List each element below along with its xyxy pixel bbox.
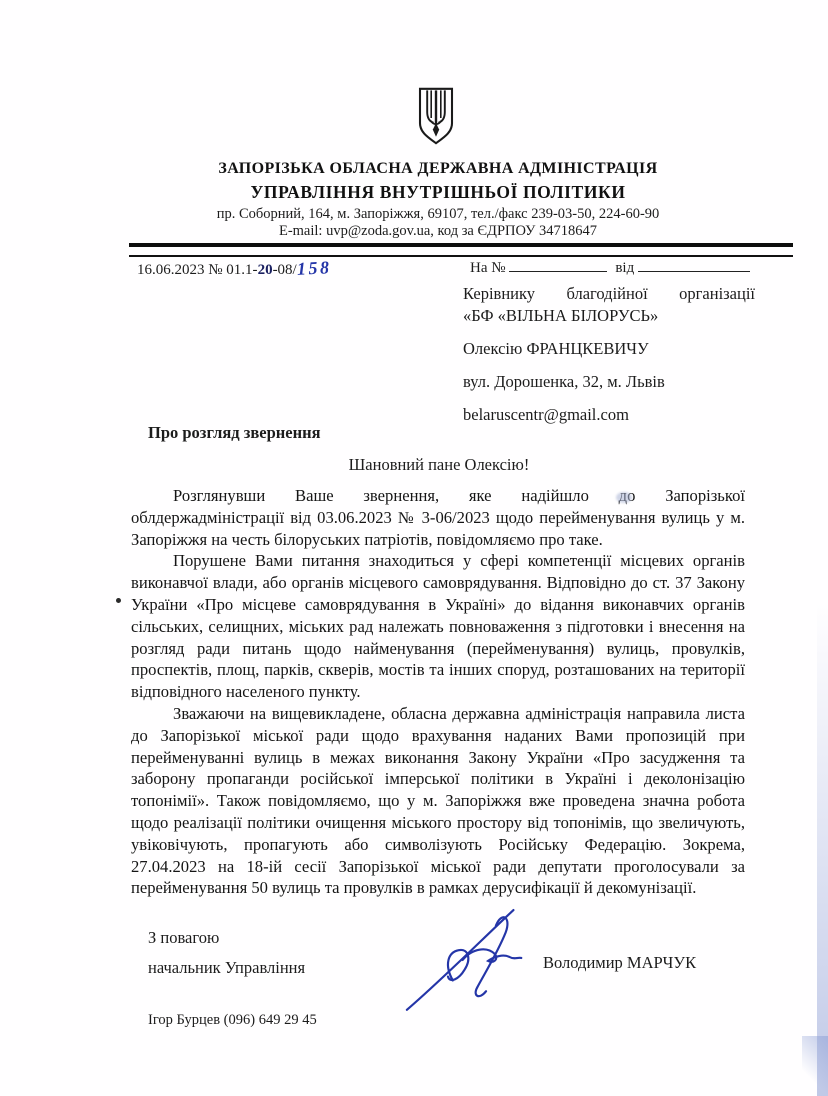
reference-printed-tail: -08/ [273, 262, 297, 278]
handwritten-signature [402, 898, 534, 1021]
recipient-name: Олексію ФРАНЦКЕВИЧУ [463, 338, 755, 360]
org-email-line: E-mail: uvp@zoda.gov.ua, код за ЄДРПОУ 3… [107, 223, 769, 240]
reference-printed-part: 16.06.2023 № 01.1- [137, 262, 258, 278]
scan-edge-corner [802, 1036, 828, 1096]
org-address-line: пр. Соборний, 164, м. Запоріжжя, 69107, … [107, 206, 769, 223]
subject-line: Про розгляд звернення [148, 423, 321, 443]
scan-smudge [616, 492, 632, 503]
handwritten-number: 158 [296, 257, 332, 280]
recipient-role-line: Керівнику благодійної організації [463, 283, 755, 305]
letter-body: Розглянувши Ваше звернення, яке надійшло… [131, 485, 745, 899]
body-paragraph-3: Зважаючи на вищевикладене, обласна держа… [131, 703, 745, 899]
scan-dot-artifact [116, 598, 121, 603]
scanned-letter-page: ЗАПОРІЗЬКА ОБЛАСНА ДЕРЖАВНА АДМІНІСТРАЦІ… [0, 0, 828, 1096]
body-paragraph-2: Порушене Вами питання знаходиться у сфер… [131, 550, 745, 703]
salutation: Шановний пане Олексію! [131, 455, 747, 475]
reply-vid-label: від [615, 260, 634, 276]
closing-phrase: З повагою [148, 928, 219, 948]
recipient-org-line: «БФ «ВІЛЬНА БІЛОРУСЬ» [463, 305, 755, 327]
outgoing-reference: 16.06.2023 № 01.1-20-08/158 [137, 258, 331, 279]
recipient-address: вул. Дорошенка, 32, м. Львів [463, 371, 755, 393]
incoming-reference: На № від [470, 256, 750, 277]
reply-na-label: На № [470, 260, 506, 276]
reply-date-blank-line [638, 256, 750, 272]
recipient-email: belaruscentr@gmail.com [463, 404, 755, 426]
org-name-line2: УПРАВЛІННЯ ВНУТРІШНЬОЇ ПОЛІТИКИ [107, 182, 769, 203]
signer-title: начальник Управління [148, 958, 305, 978]
reference-overwritten-number: 20 [258, 262, 273, 278]
org-name-line1: ЗАПОРІЗЬКА ОБЛАСНА ДЕРЖАВНА АДМІНІСТРАЦІ… [107, 160, 769, 178]
letterhead-divider [129, 243, 793, 257]
scan-edge-band [817, 0, 828, 1096]
executor-contact: Ігор Бурцев (096) 649 29 45 [148, 1012, 317, 1029]
body-paragraph-1: Розглянувши Ваше звернення, яке надійшло… [131, 485, 745, 550]
ukraine-trident-emblem [412, 86, 460, 159]
reply-number-blank-line [509, 256, 607, 272]
signer-name: Володимир МАРЧУК [543, 953, 696, 973]
recipient-block: Керівнику благодійної організації «БФ «В… [463, 283, 755, 426]
